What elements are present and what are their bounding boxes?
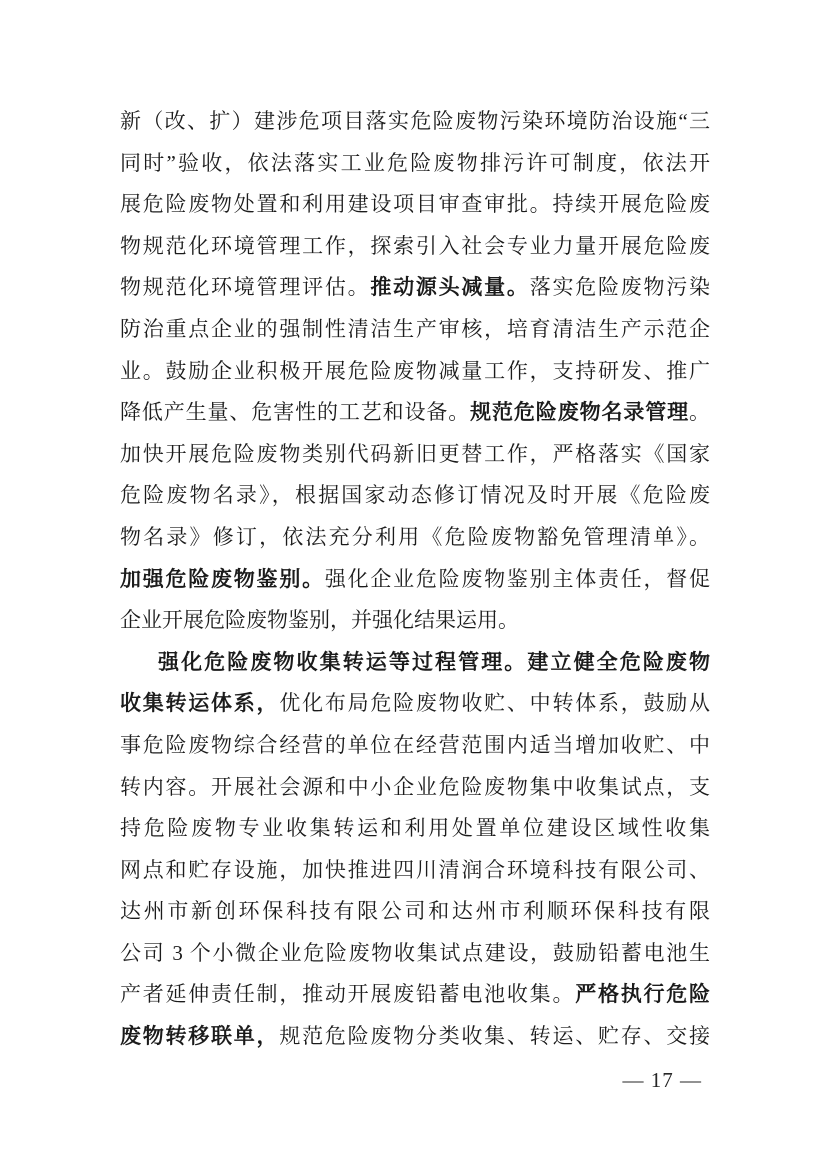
text-line-p2-5: 持危险废物专业收集转运和利用处置单位建设区域性收集 [120,808,710,850]
text-line-p2-6: 网点和贮存设施，加快推进四川清润合环境科技有限公司、 [120,850,710,892]
text-line-p1-4: 物规范化环境管理工作，探索引入社会专业力量开展危险废 [120,226,710,268]
text-run-bold: 收集转运体系， [120,691,279,715]
text-run: 网点和贮存设施，加快推进四川清润合环境科技有限公司、 [120,858,710,882]
text-run: 物规范化环境管理评估。 [120,275,370,299]
text-line-p2-2: 收集转运体系，优化布局危险废物收贮、中转体系，鼓励从 [120,683,710,725]
text-run: 防治重点企业的强制性清洁生产审核，培育清洁生产示范企 [120,317,710,341]
text-line-p1-3: 展危险废物处置和利用建设项目审查审批。持续开展危险废 [120,184,710,226]
text-line-p2-8: 公司 3 个小微企业危险废物收集试点建设，鼓励铅蓄电池生 [120,933,710,975]
text-run-bold: 推动源头减量。 [370,275,529,299]
page-number: — 17 — [120,1066,702,1094]
text-run: 达州市新创环保科技有限公司和达州市利顺环保科技有限 [120,899,710,923]
text-line-p2-4: 转内容。开展社会源和中小企业危险废物集中收集试点，支 [120,767,710,809]
text-line-p1-11: 物名录》修订，依法充分利用《危险废物豁免管理清单》。 [120,517,710,559]
text-run: 事危险废物综合经营的单位在经营范围内适当增加收贮、中 [120,733,710,757]
text-run: 规范危险废物分类收集、转运、贮存、交接 [279,1024,710,1048]
text-run: 。 [689,400,710,424]
text-run: 落实危险废物污染 [530,275,710,299]
text-line-p1-10: 危险废物名录》，根据国家动态修订情况及时开展《危险废 [120,475,710,517]
text-run-bold: 严格执行危险 [575,982,710,1006]
text-run: 物名录》修订，依法充分利用《危险废物豁免管理清单》。 [120,525,710,549]
document-body: 新（改、扩）建涉危项目落实危险废物污染环境防治设施“三同时”验收，依法落实工业危… [120,101,710,1058]
text-run-bold: 规范危险废物名录管理 [470,400,689,424]
text-line-p1-5: 物规范化环境管理评估。推动源头减量。落实危险废物污染 [120,267,710,309]
text-line-p2-1: 强化危险废物收集转运等过程管理。建立健全危险废物 [120,642,710,684]
text-run: 优化布局危险废物收贮、中转体系，鼓励从 [279,691,710,715]
text-line-p2-9: 产者延伸责任制，推动开展废铅蓄电池收集。严格执行危险 [120,974,710,1016]
text-run: 业。鼓励企业积极开展危险废物减量工作，支持研发、推广 [120,359,710,383]
text-run: 展危险废物处置和利用建设项目审查审批。持续开展危险废 [120,192,710,216]
text-run: 公司 3 个小微企业危险废物收集试点建设，鼓励铅蓄电池生 [120,941,710,965]
text-line-p1-13: 企业开展危险废物鉴别，并强化结果运用。 [120,600,710,642]
document-page: 新（改、扩）建涉危项目落实危险废物污染环境防治设施“三同时”验收，依法落实工业危… [0,0,826,1169]
text-line-p2-10: 废物转移联单，规范危险废物分类收集、转运、贮存、交接 [120,1016,710,1058]
text-run: 新（改、扩）建涉危项目落实危险废物污染环境防治设施“三 [120,109,710,133]
text-line-p1-8: 降低产生量、危害性的工艺和设备。规范危险废物名录管理。 [120,392,710,434]
text-run: 同时”验收，依法落实工业危险废物排污许可制度，依法开 [120,151,710,175]
text-run-bold: 废物转移联单， [120,1024,279,1048]
text-run: 物规范化环境管理工作，探索引入社会专业力量开展危险废 [120,234,710,258]
text-line-p1-6: 防治重点企业的强制性清洁生产审核，培育清洁生产示范企 [120,309,710,351]
text-line-p1-1: 新（改、扩）建涉危项目落实危险废物污染环境防治设施“三 [120,101,710,143]
text-run-bold: 加强危险废物鉴别。 [120,567,325,591]
text-line-p1-9: 加快开展危险废物类别代码新旧更替工作，严格落实《国家 [120,434,710,476]
text-run: 危险废物名录》，根据国家动态修订情况及时开展《危险废 [120,483,710,507]
text-run: 转内容。开展社会源和中小企业危险废物集中收集试点，支 [120,775,710,799]
text-line-p1-7: 业。鼓励企业积极开展危险废物减量工作，支持研发、推广 [120,351,710,393]
text-run: 加快开展危险废物类别代码新旧更替工作，严格落实《国家 [120,442,710,466]
text-line-p1-2: 同时”验收，依法落实工业危险废物排污许可制度，依法开 [120,143,710,185]
text-line-p2-3: 事危险废物综合经营的单位在经营范围内适当增加收贮、中 [120,725,710,767]
text-run: 强化企业危险废物鉴别主体责任，督促 [325,567,710,591]
text-run: 持危险废物专业收集转运和利用处置单位建设区域性收集 [120,816,710,840]
text-line-p1-12: 加强危险废物鉴别。强化企业危险废物鉴别主体责任，督促 [120,559,710,601]
text-run: 产者延伸责任制，推动开展废铅蓄电池收集。 [120,982,575,1006]
text-run: 企业开展危险废物鉴别，并强化结果运用。 [120,608,519,632]
text-run-bold: 强化危险废物收集转运等过程管理。建立健全危险废物 [158,650,710,674]
text-line-p2-7: 达州市新创环保科技有限公司和达州市利顺环保科技有限 [120,891,710,933]
text-run: 降低产生量、危害性的工艺和设备。 [120,400,470,424]
